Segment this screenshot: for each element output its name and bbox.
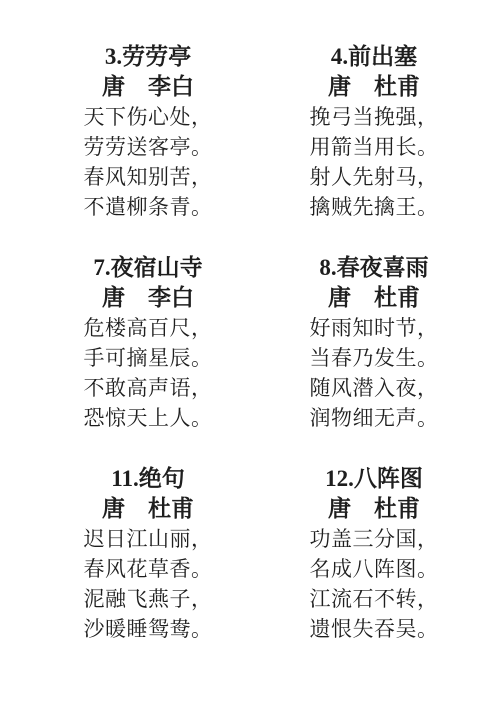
poem-line: 春风花草香。 — [42, 554, 254, 584]
poem-line: 名成八阵图。 — [268, 554, 480, 584]
poem-line: 劳劳送客亭。 — [42, 132, 254, 162]
poem-line: 挽弓当挽强， — [268, 102, 480, 132]
poem-line: 不敢高声语， — [42, 373, 254, 403]
poem-line: 春风知别苦， — [42, 162, 254, 192]
poem-author: 唐杜甫 — [268, 494, 480, 524]
poem-line: 泥融飞燕子， — [42, 584, 254, 614]
poem-author: 唐杜甫 — [268, 72, 480, 102]
poem-author: 唐杜甫 — [268, 283, 480, 313]
poem-title: 4.前出塞 — [268, 42, 480, 72]
poem-line: 射人先射马， — [268, 162, 480, 192]
poem-grid: 3.劳劳亭 唐李白 天下伤心处， 劳劳送客亭。 春风知别苦， 不遣柳条青。 4.… — [0, 0, 500, 644]
poem-block-qianchusai: 4.前出塞 唐杜甫 挽弓当挽强， 用箭当用长。 射人先射马， 擒贼先擒王。 — [268, 42, 480, 222]
poem-author-name: 李白 — [148, 74, 194, 99]
poem-line: 沙暖睡鸳鸯。 — [42, 614, 254, 644]
poem-line: 手可摘星辰。 — [42, 343, 254, 373]
poem-line: 不遣柳条青。 — [42, 192, 254, 222]
poem-line: 恐惊天上人。 — [42, 403, 254, 433]
poem-title: 3.劳劳亭 — [42, 42, 254, 72]
poem-line: 遗恨失吞吴。 — [268, 614, 480, 644]
poem-title: 11.绝句 — [42, 464, 254, 494]
poem-title: 8.春夜喜雨 — [268, 253, 480, 283]
poem-author-name: 杜甫 — [374, 496, 420, 521]
poem-line: 迟日江山丽， — [42, 524, 254, 554]
poem-title: 7.夜宿山寺 — [42, 253, 254, 283]
poem-line: 危楼高百尺， — [42, 313, 254, 343]
poem-line: 用箭当用长。 — [268, 132, 480, 162]
poem-line: 擒贼先擒王。 — [268, 192, 480, 222]
poem-author-name: 李白 — [148, 285, 194, 310]
poem-page: 3.劳劳亭 唐李白 天下伤心处， 劳劳送客亭。 春风知别苦， 不遣柳条青。 4.… — [0, 0, 500, 707]
poem-line: 当春乃发生。 — [268, 343, 480, 373]
poem-block-chunyexiyu: 8.春夜喜雨 唐杜甫 好雨知时节， 当春乃发生。 随风潜入夜， 润物细无声。 — [268, 253, 480, 433]
poem-author-name: 杜甫 — [374, 74, 420, 99]
poem-author: 唐李白 — [42, 283, 254, 313]
poem-author: 唐杜甫 — [42, 494, 254, 524]
poem-author-name: 杜甫 — [148, 496, 194, 521]
poem-title: 12.八阵图 — [268, 464, 480, 494]
poem-block-jueju: 11.绝句 唐杜甫 迟日江山丽， 春风花草香。 泥融飞燕子， 沙暖睡鸳鸯。 — [42, 464, 254, 644]
poem-dynasty: 唐 — [102, 74, 125, 99]
poem-line: 随风潜入夜， — [268, 373, 480, 403]
poem-line: 功盖三分国， — [268, 524, 480, 554]
poem-line: 润物细无声。 — [268, 403, 480, 433]
poem-author-name: 杜甫 — [374, 285, 420, 310]
poem-line: 江流石不转， — [268, 584, 480, 614]
poem-dynasty: 唐 — [102, 496, 125, 521]
poem-block-bazhentu: 12.八阵图 唐杜甫 功盖三分国， 名成八阵图。 江流石不转， 遗恨失吞吴。 — [268, 464, 480, 644]
poem-author: 唐李白 — [42, 72, 254, 102]
poem-dynasty: 唐 — [102, 285, 125, 310]
poem-block-laolaoting: 3.劳劳亭 唐李白 天下伤心处， 劳劳送客亭。 春风知别苦， 不遣柳条青。 — [42, 42, 254, 222]
poem-line: 好雨知时节， — [268, 313, 480, 343]
poem-dynasty: 唐 — [328, 74, 351, 99]
poem-block-yesushansi: 7.夜宿山寺 唐李白 危楼高百尺， 手可摘星辰。 不敢高声语， 恐惊天上人。 — [42, 253, 254, 433]
poem-dynasty: 唐 — [328, 496, 351, 521]
poem-line: 天下伤心处， — [42, 102, 254, 132]
poem-dynasty: 唐 — [328, 285, 351, 310]
